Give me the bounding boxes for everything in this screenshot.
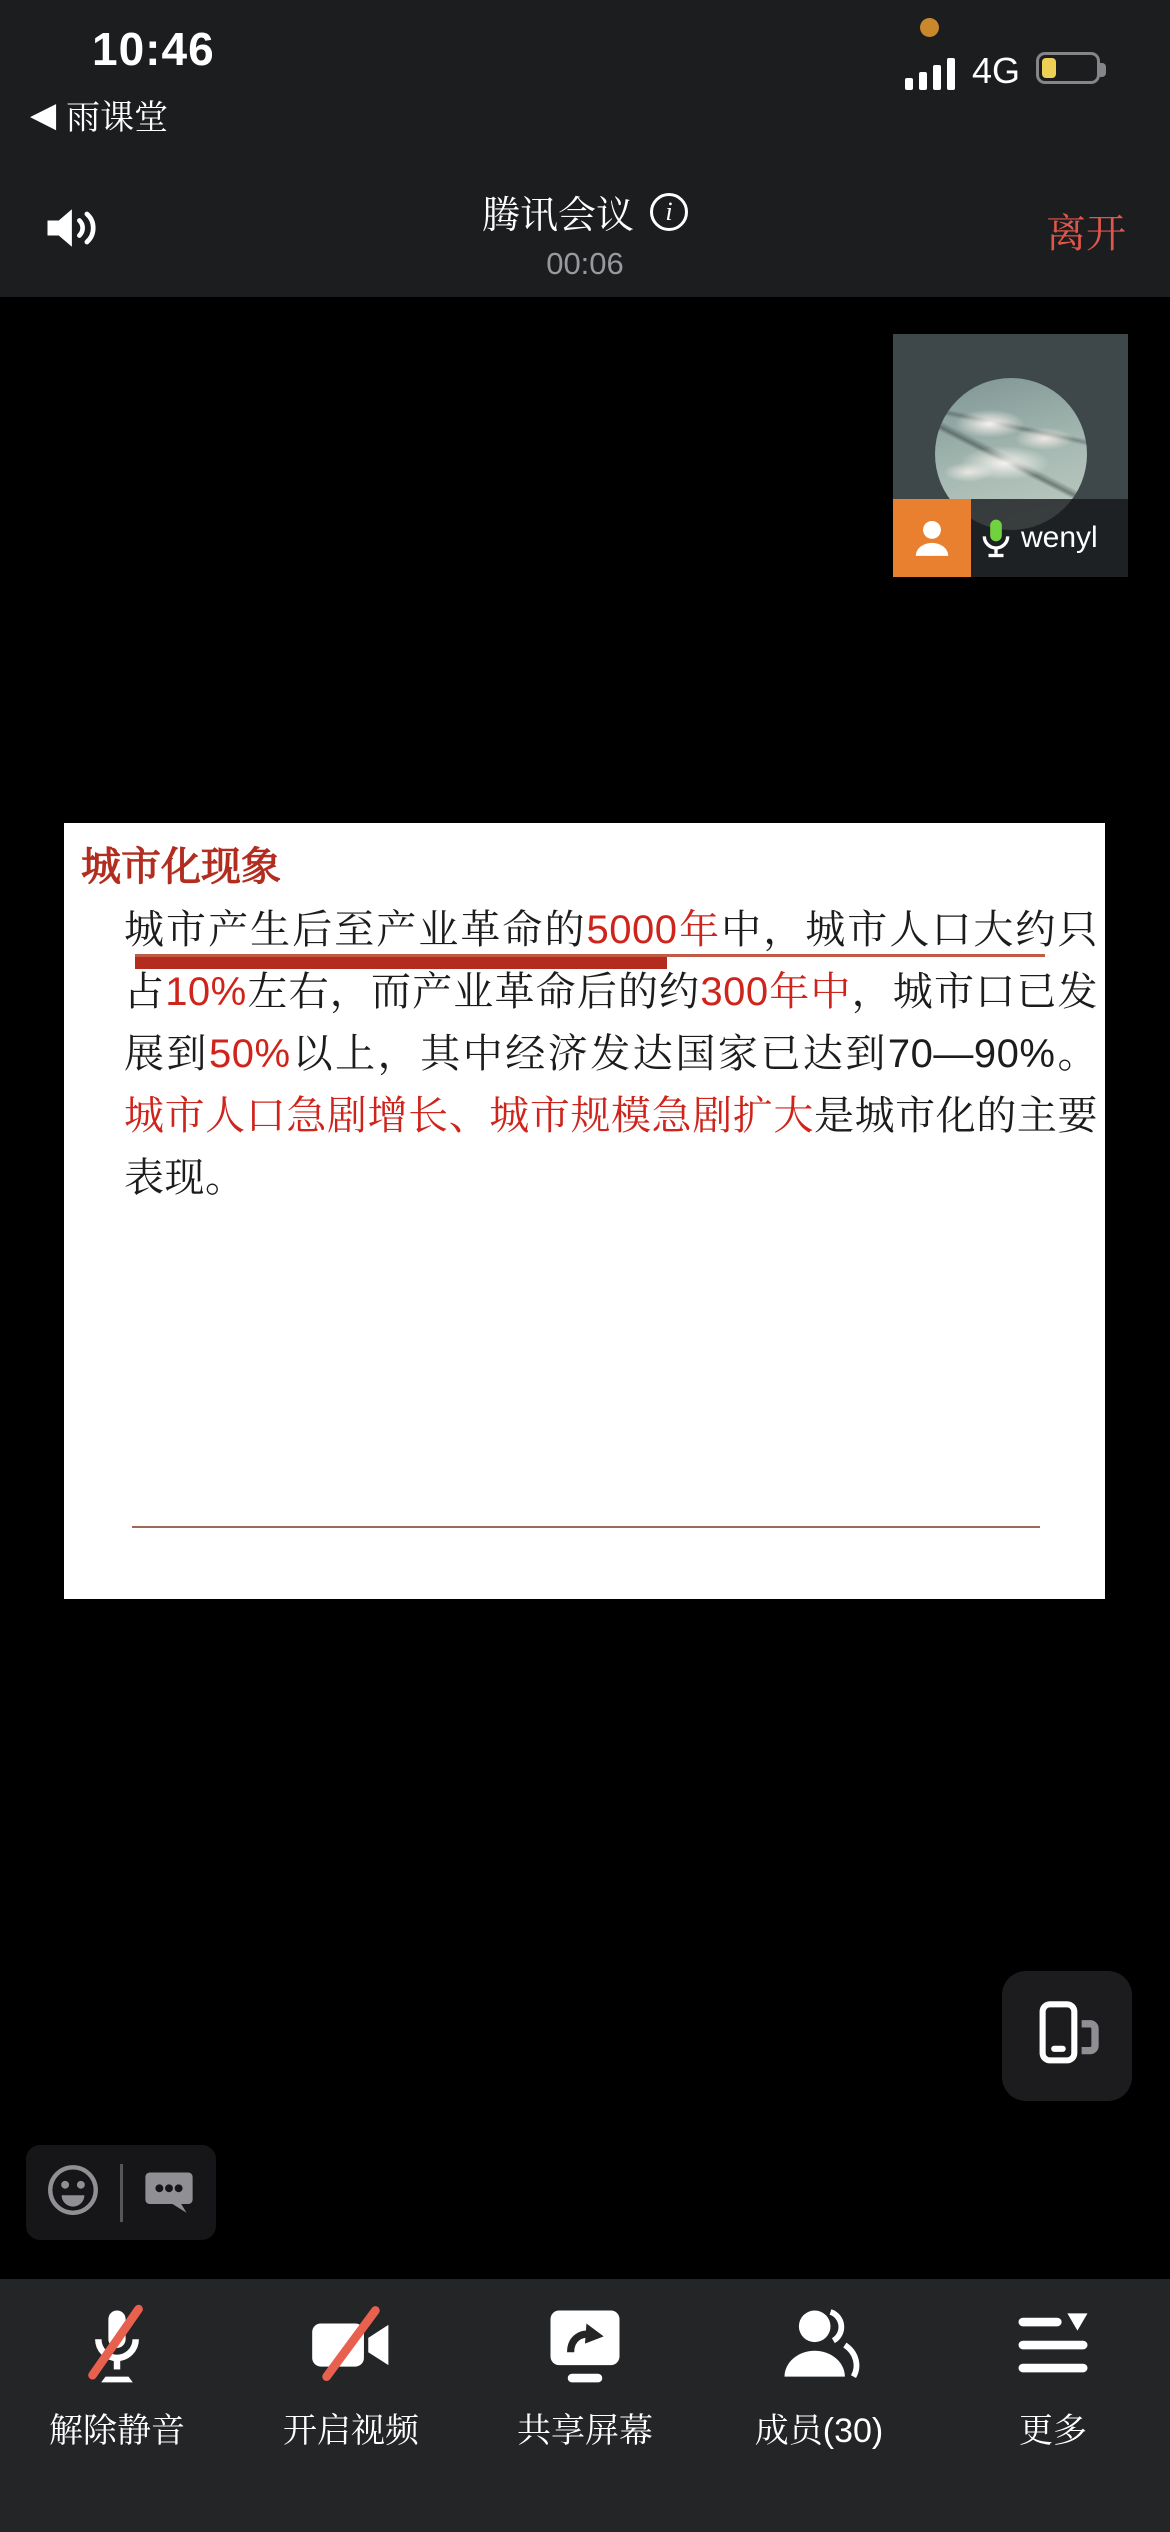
back-to-app-link[interactable]: ◀ 雨课堂 xyxy=(30,90,168,139)
person-badge-icon xyxy=(906,512,958,564)
slide-text-segment: 5000年 xyxy=(587,908,722,952)
mic-on-icon xyxy=(979,518,1013,558)
slide-text-segment: 50% xyxy=(209,1032,291,1076)
host-badge xyxy=(893,499,971,577)
battery-fill xyxy=(1042,58,1056,78)
more-icon xyxy=(1005,2297,1101,2393)
shared-slide: 城市化现象 城市产生后至产业革命的5000年中，城市人口大约只占10%左右，而产… xyxy=(64,823,1105,1599)
reaction-bar-divider xyxy=(120,2164,123,2222)
mic-muted-icon xyxy=(69,2297,165,2393)
emoji-reaction-button[interactable] xyxy=(45,2162,101,2223)
camera-off-icon xyxy=(303,2297,399,2393)
cellular-signal-icon xyxy=(905,52,961,90)
battery-nub xyxy=(1100,63,1106,77)
slide-text-segment: 左右，而产业革命后的约 xyxy=(247,970,701,1014)
header-bar: 10:46 ◀ 雨课堂 4G 腾讯会议 i 00:06 离开 xyxy=(0,0,1170,297)
back-app-label: 雨课堂 xyxy=(66,90,168,139)
rotate-screen-button[interactable] xyxy=(1002,1971,1132,2101)
meeting-toolbar: 解除静音 开启视频 共享屏幕 xyxy=(0,2279,1170,2532)
slide-text-segment: 城市人口急剧增长、城市规模急剧扩大 xyxy=(124,1094,814,1138)
unmute-button[interactable]: 解除静音 xyxy=(0,2279,234,2532)
rotate-phone-icon xyxy=(1028,1997,1106,2075)
participant-tile-bar: wenyl xyxy=(893,499,1128,577)
reaction-chat-bar xyxy=(26,2145,216,2240)
slide-text-segment: 以上，其中经济发达国家已达到70—90%。 xyxy=(291,1032,1098,1076)
share-screen-label: 共享屏幕 xyxy=(517,2403,653,2452)
slide-footer-line xyxy=(132,1526,1040,1528)
start-video-button[interactable]: 开启视频 xyxy=(234,2279,468,2532)
members-button[interactable]: 成员(30) xyxy=(702,2279,936,2532)
more-button[interactable]: 更多 xyxy=(936,2279,1170,2532)
leave-meeting-button[interactable]: 离开 xyxy=(1046,202,1126,259)
chat-button[interactable] xyxy=(141,2162,197,2223)
participant-namebar: wenyl xyxy=(971,499,1128,577)
mic-in-use-indicator-icon xyxy=(920,18,939,37)
screen-share-icon xyxy=(537,2297,633,2393)
meeting-elapsed-time: 00:06 xyxy=(0,246,1170,282)
slide-text-segment: 10% xyxy=(165,970,247,1014)
clock: 10:46 xyxy=(92,22,215,76)
battery-icon xyxy=(1036,52,1100,84)
chat-bubble-icon xyxy=(141,2162,197,2218)
participant-name: wenyl xyxy=(1021,521,1098,555)
members-icon xyxy=(771,2297,867,2393)
more-label: 更多 xyxy=(1019,2403,1087,2452)
network-type-label: 4G xyxy=(972,50,1020,92)
slide-paragraph: 城市产生后至产业革命的5000年中，城市人口大约只占10%左右，而产业革命后的约… xyxy=(124,899,1098,1209)
back-triangle-icon: ◀ xyxy=(30,95,56,135)
share-screen-button[interactable]: 共享屏幕 xyxy=(468,2279,702,2532)
smiley-icon xyxy=(45,2162,101,2218)
members-label: 成员(30) xyxy=(755,2403,883,2452)
unmute-label: 解除静音 xyxy=(49,2403,185,2452)
slide-text-segment: 城市产生后至产业革命的 xyxy=(124,908,587,952)
start-video-label: 开启视频 xyxy=(283,2403,419,2452)
meeting-info-icon[interactable]: i xyxy=(650,193,688,231)
slide-title: 城市化现象 xyxy=(81,835,281,892)
participant-tile[interactable]: wenyl xyxy=(893,334,1128,577)
meeting-screen: 10:46 ◀ 雨课堂 4G 腾讯会议 i 00:06 离开 xyxy=(0,0,1170,2532)
slide-text-segment: 300年中 xyxy=(700,970,851,1014)
meeting-title: 腾讯会议 xyxy=(482,184,634,239)
